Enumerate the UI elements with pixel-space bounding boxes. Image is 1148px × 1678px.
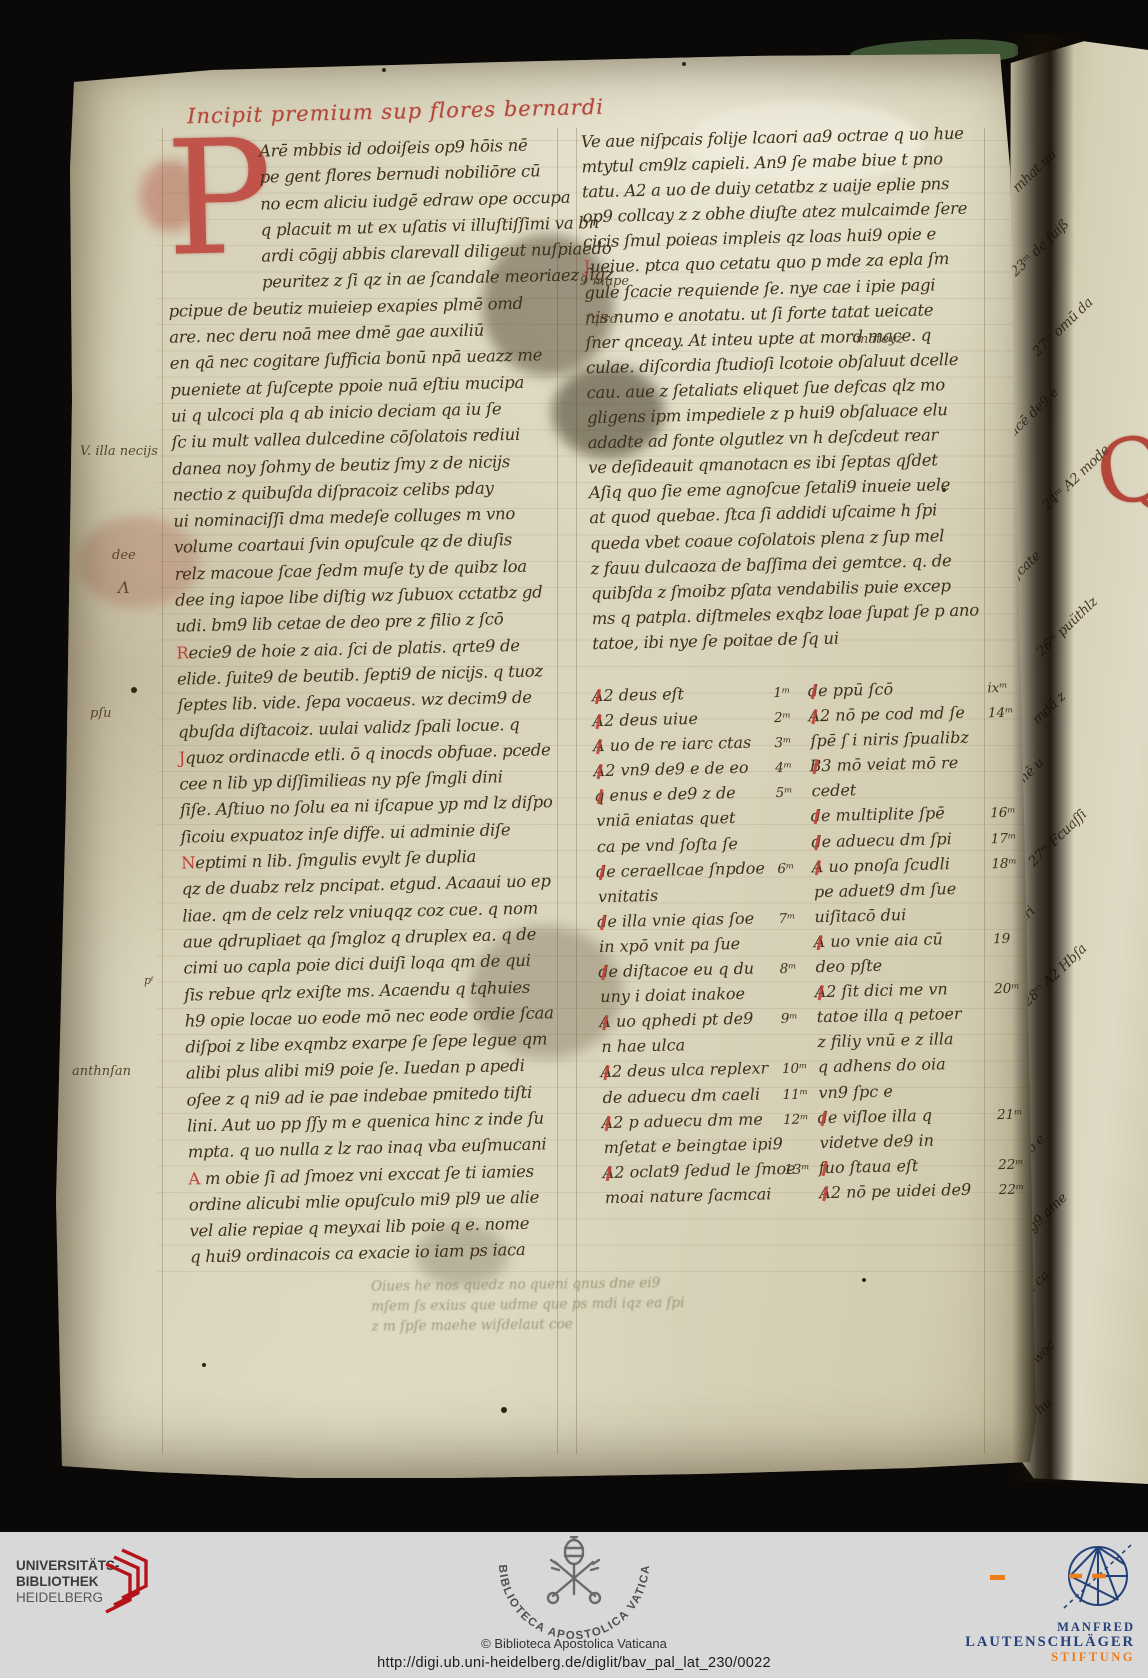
red-initial: R [176,643,189,662]
chapter-number [779,947,815,948]
showthrough-text: Oiues he nos quedz no queni qnus dne ei9… [371,1273,685,1337]
showthrough-line: mſem ſs exius que udme que ps mdi iqz ea… [371,1293,684,1317]
chapter-number [776,822,812,823]
red-initial: N [181,853,196,872]
vatican-copyright: © Biblioteca Apostolica Vaticana [459,1636,689,1651]
chapter-number: 10ᵐ [782,1057,819,1083]
chapter-number: 13ᵐ [784,1157,821,1183]
chapter-number [784,1148,820,1149]
chapter-number: 8ᵐ [779,956,816,982]
chapter-number: 7ᵐ [778,906,815,932]
chapter-number: 3ᵐ [774,731,811,757]
chapter-number [782,1048,818,1049]
chapter-number: 2ᵐ [774,705,811,731]
chapter-number [778,897,814,898]
chapter-entry: moai nature ſacmcai [605,1181,786,1210]
text-column-left: P Arē mbbis id odoiſeis op9 hōis nē pe g… [165,132,587,1271]
chapter-number [785,1198,821,1199]
chapter-number [780,997,816,998]
showthrough-line: z m ſpſe maehe wiſdelaut coe [371,1313,684,1337]
marginal-note: ſqiro [586,312,617,327]
digitized-manuscript-viewer: Q mhat uu23ᵐ de ſuiß27ᵐ omū daacē de9 e2… [0,0,1148,1678]
marginal-note: anthnſan [72,1064,131,1079]
marginal-note: pᵗ [144,974,154,987]
chapter-number: 4ᵐ [775,756,812,782]
ml-line1: MANFRED [965,1620,1135,1634]
chapter-number: 9ᵐ [781,1006,818,1032]
marginal-note: V. illa necijs [80,444,158,459]
chapter-entry: A2 nō pe uidei de9 [821,1176,1000,1205]
page-content: Incipit premium sup flores bernardi P Ar… [51,27,1075,1481]
red-initial-Q: Q [1088,419,1148,522]
gutter-shadow [1012,34,1074,1482]
marginal-note: mateyz [856,332,903,347]
chapter-number [777,847,813,848]
source-url: http://digi.ub.uni-heidelberg.de/diglit/… [229,1655,919,1671]
chapter-number: 12ᵐ [783,1107,820,1133]
marginal-note: pſu [90,706,112,721]
svg-text:BIBLIOTECA APOSTOLICA VATICANA: BIBLIOTECA APOSTOLICA VATICANA [459,1536,652,1642]
chapter-list: A2 deus eſt 1ᵐ de ppū ſcō ixᵐ A2 deus ui… [593,673,1045,1210]
chapter-number: 5ᵐ [775,781,812,807]
footer-bar: UNIVERSITÄTS- BIBLIOTHEK HEIDELBERG [0,1532,1148,1678]
manuscript-page: Incipit premium sup flores bernardi P Ar… [52,48,1044,1480]
vatican-library-seal: BIBLIOTECA APOSTOLICA VATICANA © Bibliot… [459,1536,689,1659]
marginal-note: dee [112,548,136,563]
lautenschlaeger-globe-icon [1058,1540,1138,1614]
ml-line3: STIFTUNG [965,1650,1135,1665]
orange-dash [990,1575,1005,1580]
chapter-number: 1ᵐ [773,680,810,706]
chapter-number: 11ᵐ [782,1082,819,1108]
ub-heidelberg-logo-icon [98,1546,154,1616]
vatican-arc-text: BIBLIOTECA APOSTOLICA VATICANA [459,1536,652,1642]
chapter-number: 6ᵐ [777,856,814,882]
lautenschlaeger-wordmark: MANFRED LAUTENSCHLÄGER STIFTUNG [965,1620,1135,1665]
red-initial: A [188,1169,200,1188]
marginal-note: 9 mupe [580,274,629,289]
illuminated-initial-P: P [165,139,262,273]
ml-line2: LAUTENSCHLÄGER [965,1634,1135,1650]
text-column-right: Ve aue niſpcais folije lcaori aa9 octrae… [581,120,1009,656]
marginal-note: Λ [118,578,130,597]
